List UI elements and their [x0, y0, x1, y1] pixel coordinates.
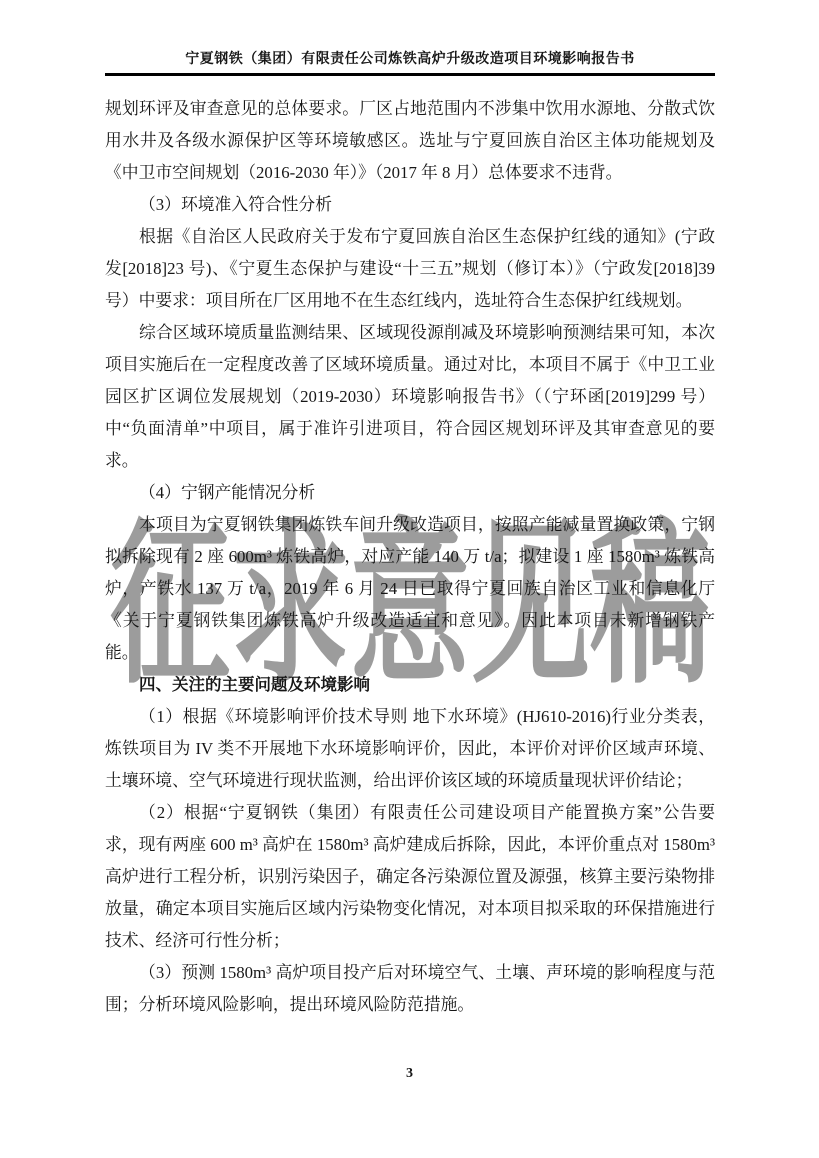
paragraph-continuation-planning-review: 规划环评及审查意见的总体要求。厂区占地范围内不涉集中饮用水源地、分散式饮用水井及… — [105, 93, 715, 189]
paragraph-issue-3-prediction: （3）预测 1580m³ 高炉项目投产后对环境空气、土壤、声环境的影响程度与范围… — [105, 957, 715, 1021]
page-footer: 3 — [0, 1066, 819, 1082]
header-title: 宁夏钢铁（集团）有限责任公司炼铁高炉升级改造项目环境影响报告书 — [105, 48, 715, 68]
section-heading-main-issues: 四、关注的主要问题及环境影响 — [105, 669, 715, 701]
paragraph-issue-1-groundwater: （1）根据《环境影响评价技术导则 地下水环境》(HJ610-2016)行业分类表… — [105, 701, 715, 797]
document-page: 征求意见稿 宁夏钢铁（集团）有限责任公司炼铁高炉升级改造项目环境影响报告书 规划… — [0, 0, 819, 1158]
paragraph-regional-quality-negative-list: 综合区域环境质量监测结果、区域现役源削减及环境影响预测结果可知，本次项目实施后在… — [105, 317, 715, 477]
page-number: 3 — [406, 1066, 413, 1081]
subheading-environmental-access-analysis: （3）环境准入符合性分析 — [105, 189, 715, 221]
document-body: 规划环评及审查意见的总体要求。厂区占地范围内不涉集中饮用水源地、分散式饮用水井及… — [105, 93, 715, 1021]
page-header: 宁夏钢铁（集团）有限责任公司炼铁高炉升级改造项目环境影响报告书 — [105, 48, 715, 76]
paragraph-capacity-replacement: 本项目为宁夏钢铁集团炼铁车间升级改造项目，按照产能减量置换政策，宁钢拟拆除现有 … — [105, 509, 715, 669]
paragraph-ecological-redline: 根据《自治区人民政府关于发布宁夏回族自治区生态保护红线的通知》(宁政发[2018… — [105, 221, 715, 317]
header-rule — [105, 73, 715, 76]
subheading-capacity-analysis: （4）宁钢产能情况分析 — [105, 477, 715, 509]
paragraph-issue-2-engineering-analysis: （2）根据“宁夏钢铁（集团）有限责任公司建设项目产能置换方案”公告要求，现有两座… — [105, 797, 715, 957]
